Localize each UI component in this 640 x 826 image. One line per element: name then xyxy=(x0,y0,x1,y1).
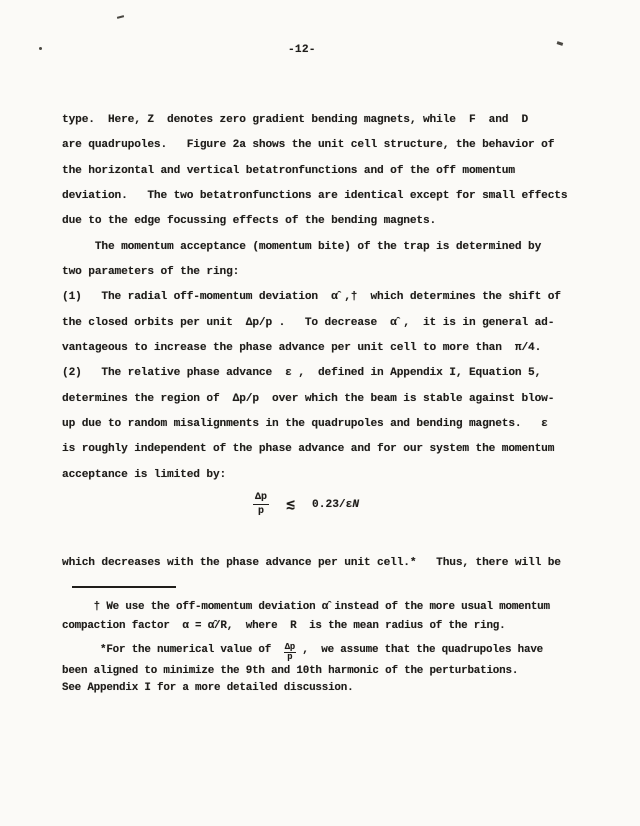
footnote-text-post: , we assume that the quadrupoles have xyxy=(296,644,543,656)
delta-p-over-p-fraction: Δp p xyxy=(253,492,269,517)
text-line: the horizontal and vertical betatronfunc… xyxy=(62,159,592,184)
text-line: deviation. The two betatronfunctions are… xyxy=(62,184,592,209)
footnote-line: been aligned to minimize the 9th and 10t… xyxy=(62,663,602,680)
footnote-line: *For the numerical value of Δpp , we ass… xyxy=(62,642,602,663)
footnote-dagger: † We use the off-momentum deviation α̂ i… xyxy=(62,598,602,636)
footnote-text-pre: *For the numerical value of xyxy=(62,644,284,656)
equation-rhs-n: N xyxy=(352,499,359,511)
footnote-separator-rule xyxy=(72,586,176,588)
delta-p-over-p-inline-fraction: Δpp xyxy=(284,643,296,663)
footnote-line: compaction factor α = α̂/R, where R is t… xyxy=(62,617,602,636)
equation-rhs-value: 0.23/ε xyxy=(312,499,352,511)
text-line: up due to random misalignments in the qu… xyxy=(62,412,592,437)
footnote-line: See Appendix I for a more detailed discu… xyxy=(62,680,602,697)
text-line: The momentum acceptance (momentum bite) … xyxy=(62,235,592,260)
fraction-denominator: p xyxy=(253,505,269,517)
fraction-numerator: Δp xyxy=(253,492,269,505)
text-line: due to the edge focussing effects of the… xyxy=(62,209,592,234)
body-text: type. Here, Z denotes zero gradient bend… xyxy=(62,108,592,488)
page-number: -12- xyxy=(288,44,316,56)
scan-artifact xyxy=(117,15,124,19)
text-line: two parameters of the ring: xyxy=(62,260,592,285)
text-line: are quadrupoles. Figure 2a shows the uni… xyxy=(62,133,592,158)
text-line: (2) The relative phase advance ε , defin… xyxy=(62,361,592,386)
text-line: acceptance is limited by: xyxy=(62,463,592,488)
text-line: which decreases with the phase advance p… xyxy=(62,551,561,576)
text-line: vantageous to increase the phase advance… xyxy=(62,336,592,361)
text-line: determines the region of Δp/p over which… xyxy=(62,387,592,412)
text-line: is roughly independent of the phase adva… xyxy=(62,437,592,462)
equation-right-side: 0.23/εN xyxy=(312,499,359,511)
momentum-acceptance-equation: Δp p ≲ 0.23/εN xyxy=(253,492,359,517)
less-than-similar-symbol: ≲ xyxy=(286,495,295,514)
text-line: (1) The radial off-momentum deviation α̂… xyxy=(62,285,592,310)
footnote-line: † We use the off-momentum deviation α̂ i… xyxy=(62,598,602,617)
scan-artifact xyxy=(39,47,42,50)
scan-artifact xyxy=(557,41,563,45)
text-line: the closed orbits per unit Δp/p . To dec… xyxy=(62,311,592,336)
document-page: -12- type. Here, Z denotes zero gradient… xyxy=(0,0,640,826)
body-text-continued: which decreases with the phase advance p… xyxy=(62,551,561,576)
footnote-asterisk: *For the numerical value of Δpp , we ass… xyxy=(62,642,602,697)
text-line: type. Here, Z denotes zero gradient bend… xyxy=(62,108,592,133)
fraction-denominator: p xyxy=(284,653,296,663)
